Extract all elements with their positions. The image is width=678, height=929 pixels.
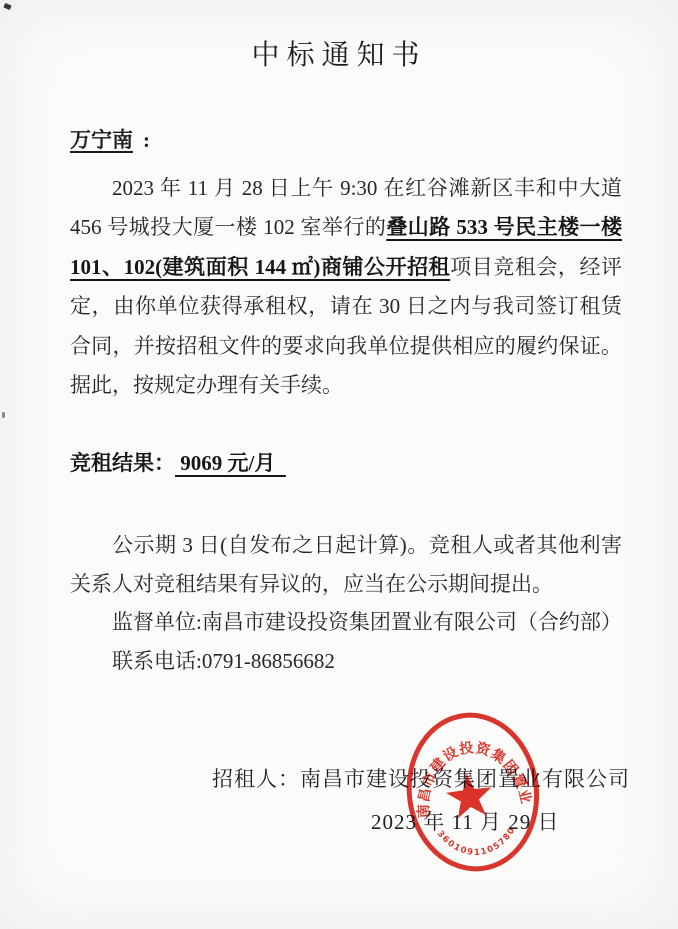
- body-line-normal: 项目竞租会，经评: [450, 255, 622, 279]
- scan-speck: [2, 412, 5, 418]
- body-line: 2023 年 11 月 28 日上午 9:30 在红谷滩新区丰和中大道: [70, 169, 622, 208]
- salutation-line: 万宁南:: [70, 124, 150, 154]
- company-seal-stamp: 南昌市建设投资集团置业有限公司 3601091105780: [392, 700, 554, 886]
- document-page: 中标通知书 万宁南: 2023 年 11 月 28 日上午 9:30 在红谷滩新…: [0, 0, 678, 929]
- salutation-colon: :: [143, 128, 150, 152]
- body-line: 101、102(建筑面积 144 ㎡)商铺公开招租项目竞租会，经评: [70, 248, 622, 287]
- public-notice-paragraph: 公示期 3 日(自发布之日起计算)。竞租人或者其他利害 关系人对竞租结果有异议的…: [70, 526, 622, 680]
- property-name-highlight: 叠山路 533 号民主楼一楼: [386, 215, 622, 239]
- notice-line: 关系人对竞租结果有异议的，应当在公示期间提出。: [70, 565, 622, 604]
- body-line-normal: 456 号城投大厦一楼 102 室举行的: [70, 215, 386, 239]
- supervisor-line: 监督单位:南昌市建设投资集团置业有限公司（合约部）: [70, 603, 622, 642]
- body-line: 456 号城投大厦一楼 102 室举行的叠山路 533 号民主楼一楼: [70, 208, 622, 247]
- notice-line: 公示期 3 日(自发布之日起计算)。竞租人或者其他利害: [70, 526, 622, 565]
- contact-phone-line: 联系电话:0791-86856682: [70, 642, 622, 681]
- bid-result-value: 9069 元/月: [175, 451, 286, 475]
- body-line: 合同，并按招租文件的要求向我单位提供相应的履约保证。: [70, 327, 622, 366]
- seal-star-icon: [444, 771, 495, 820]
- recipient-name: 万宁南: [70, 128, 143, 152]
- body-line: 据此，按规定办理有关手续。: [70, 366, 622, 405]
- bid-result-label: 竞租结果：: [70, 451, 175, 475]
- property-detail-highlight: 101、102(建筑面积 144 ㎡)商铺公开招租: [70, 255, 450, 279]
- bid-result-line: 竞租结果： 9069 元/月: [70, 444, 286, 483]
- body-paragraph: 2023 年 11 月 28 日上午 9:30 在红谷滩新区丰和中大道 456 …: [70, 169, 622, 405]
- body-line: 定，由你单位获得承租权，请在 30 日之内与我司签订租赁: [70, 287, 622, 326]
- document-title: 中标通知书: [0, 33, 678, 73]
- scan-speck: [3, 3, 11, 10]
